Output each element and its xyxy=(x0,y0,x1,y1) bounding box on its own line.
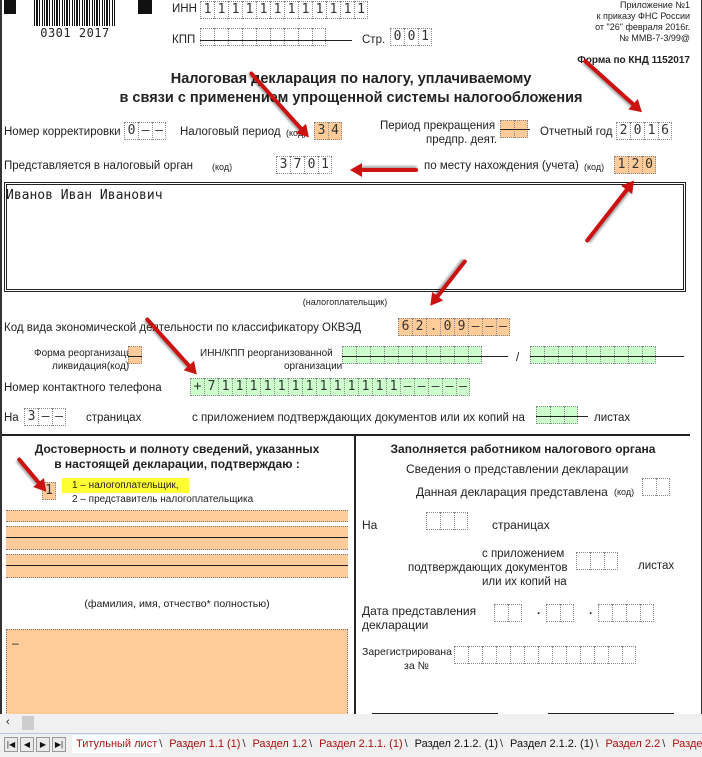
digit-cell[interactable]: – xyxy=(428,378,442,396)
digit-cell[interactable]: . xyxy=(426,318,440,336)
fio-separator-1 xyxy=(6,537,348,538)
digit-cell[interactable] xyxy=(426,346,440,364)
digit-cell[interactable]: 1 xyxy=(614,156,628,174)
last-sheet-icon[interactable]: ▶| xyxy=(52,737,66,752)
digit-cell[interactable] xyxy=(586,346,600,364)
digit-cell[interactable] xyxy=(454,512,468,530)
digit-cell[interactable] xyxy=(494,604,508,622)
inn-label: ИНН xyxy=(172,3,197,15)
reorg-form-field[interactable] xyxy=(128,346,142,364)
digit-cell[interactable] xyxy=(544,346,558,364)
digit-cell[interactable] xyxy=(642,478,656,496)
digit-cell[interactable]: 1 xyxy=(288,378,302,396)
correction-number-field[interactable]: 0–– xyxy=(124,122,166,140)
barcode-number: 0301 2017 xyxy=(34,26,116,40)
digit-cell[interactable]: + xyxy=(190,378,204,396)
appendix-line-1: Приложение №1 xyxy=(490,0,690,11)
declaration-title-line2: в связи с применением упрощенной системы… xyxy=(0,89,702,107)
sheet-tab[interactable]: Раздел 2.1.1. (1) xyxy=(315,735,406,753)
digit-cell[interactable]: 1 xyxy=(312,1,326,19)
corner-mark-right xyxy=(138,0,152,14)
page-number-field[interactable]: 001 xyxy=(390,28,432,46)
sheet-tab[interactable]: Титульный лист xyxy=(72,735,161,753)
reorg-inn-field[interactable] xyxy=(342,346,482,364)
digit-cell[interactable] xyxy=(214,28,228,46)
digit-cell[interactable] xyxy=(612,604,626,622)
appendix-line-3: от "26" февраля 2016г. xyxy=(490,22,690,33)
digit-cell[interactable] xyxy=(200,28,214,46)
digit-cell[interactable] xyxy=(608,646,622,664)
sheet-tab[interactable]: Раздел 3 xyxy=(668,735,702,753)
tab-separator: \ xyxy=(309,735,312,753)
digit-cell[interactable]: 6 xyxy=(398,318,412,336)
digit-cell[interactable] xyxy=(412,346,426,364)
digit-cell[interactable] xyxy=(270,28,284,46)
annotation-arrow-tax-authority xyxy=(358,168,418,172)
digit-cell[interactable] xyxy=(228,28,242,46)
digit-cell[interactable] xyxy=(628,346,642,364)
confirm-heading-1: Достоверность и полноту сведений, указан… xyxy=(0,442,354,456)
digit-cell[interactable]: – xyxy=(468,318,482,336)
digit-cell[interactable] xyxy=(256,28,270,46)
sheet-tab[interactable]: Раздел 1.2 xyxy=(248,735,311,753)
fio-line-2[interactable] xyxy=(6,526,348,550)
barcode xyxy=(34,0,116,26)
signer-option-2: 2 – представитель налогоплательщика xyxy=(72,494,253,505)
digit-cell[interactable]: 1 xyxy=(358,378,372,396)
digit-cell[interactable] xyxy=(384,346,398,364)
office-attach-2: подтверждающих документов xyxy=(408,562,568,574)
reg-label-1: Зарегистрирована xyxy=(362,646,452,658)
sheet-tab[interactable]: Раздел 2.1.2. (1) xyxy=(506,735,597,753)
digit-cell[interactable] xyxy=(426,512,440,530)
digit-cell[interactable] xyxy=(398,346,412,364)
reorg-inn-label-2: организации xyxy=(284,361,342,372)
location-code-label: (код) xyxy=(584,162,604,172)
digit-cell[interactable] xyxy=(550,406,564,424)
digit-cell[interactable]: 0 xyxy=(404,28,418,46)
fio-caption: (фамилия, имя, отчество* полностью) xyxy=(0,598,354,610)
section-divider xyxy=(2,434,690,436)
confirm-heading-2: в настоящей декларации, подтверждаю : xyxy=(0,457,354,471)
office-attach-1: с приложением xyxy=(482,548,564,560)
digit-cell[interactable] xyxy=(530,346,544,364)
digit-cell[interactable] xyxy=(312,28,326,46)
scroll-left-icon[interactable]: ‹ xyxy=(6,716,10,728)
correction-label: Номер корректировки xyxy=(4,126,121,138)
digit-cell[interactable]: 2 xyxy=(412,318,426,336)
office-attach-suffix: листах xyxy=(638,560,674,572)
digit-cell[interactable]: 1 xyxy=(372,378,386,396)
digit-cell[interactable] xyxy=(560,604,574,622)
digit-cell[interactable]: – xyxy=(414,378,428,396)
digit-cell[interactable]: 0 xyxy=(124,122,138,140)
digit-cell[interactable] xyxy=(128,346,142,364)
digit-cell[interactable] xyxy=(298,28,312,46)
inn-field[interactable]: 111111111111 xyxy=(200,1,368,19)
tax-authority-label: Представляется в налоговый орган xyxy=(4,160,193,172)
tab-separator: \ xyxy=(595,735,598,753)
date-day-field[interactable] xyxy=(494,604,522,622)
digit-cell[interactable] xyxy=(454,346,468,364)
okved-label: Код вида экономической деятельности по к… xyxy=(4,322,361,334)
reorg-kpp-field[interactable] xyxy=(530,346,656,364)
reorg-slash: / xyxy=(516,352,519,364)
tax-period-field[interactable]: 34 xyxy=(314,122,342,140)
page-label: Стр. xyxy=(362,34,385,46)
digit-cell[interactable] xyxy=(614,346,628,364)
digit-cell[interactable] xyxy=(524,646,538,664)
digit-cell[interactable]: 0 xyxy=(304,156,318,174)
digit-cell[interactable] xyxy=(440,346,454,364)
attach-label: с приложением подтверждающих документов … xyxy=(192,412,525,424)
submitted-label: Данная декларация представлена xyxy=(416,485,608,499)
report-year-field[interactable]: 2016 xyxy=(616,122,672,140)
digit-cell[interactable]: 1 xyxy=(284,1,298,19)
office-pages-field[interactable] xyxy=(426,512,468,530)
digit-cell[interactable]: 1 xyxy=(214,1,228,19)
digit-cell[interactable]: 2 xyxy=(628,156,642,174)
digit-cell[interactable] xyxy=(598,604,612,622)
date-year-field[interactable] xyxy=(598,604,654,622)
digit-cell[interactable]: 1 xyxy=(200,1,214,19)
reorg-form-line xyxy=(128,356,142,357)
tax-authority-field[interactable]: 3701 xyxy=(276,156,332,174)
date-label-2: декларации xyxy=(362,618,428,632)
reorg-inn-label-1: ИНН/КПП реорганизованной xyxy=(200,348,333,359)
digit-cell[interactable]: 0 xyxy=(630,122,644,140)
office-pages-suffix: страницах xyxy=(492,518,550,532)
corner-mark-left xyxy=(4,0,16,14)
digit-cell[interactable]: 3 xyxy=(314,122,328,140)
kpp-line xyxy=(200,40,352,41)
digit-cell[interactable] xyxy=(590,552,604,570)
prev-sheet-icon[interactable]: ◀ xyxy=(20,737,34,752)
attach-sheets-field[interactable] xyxy=(536,406,578,424)
tax-office-heading: Заполняется работником налогового органа xyxy=(356,442,690,456)
office-pages-prefix: На xyxy=(362,518,377,532)
phone-field[interactable]: +71111111111111––––– xyxy=(190,378,470,396)
office-attach-3: или их копий на xyxy=(482,576,567,588)
digit-cell[interactable] xyxy=(600,346,614,364)
tab-separator: \ xyxy=(242,735,245,753)
digit-cell[interactable]: – xyxy=(456,378,470,396)
digit-cell[interactable]: 1 xyxy=(354,1,368,19)
submitted-code-field[interactable] xyxy=(642,478,670,496)
sheet-tab[interactable]: Раздел 2.1.2. (1) xyxy=(411,735,502,753)
termination-label-2: предпр. деят. xyxy=(426,134,497,146)
digit-cell[interactable]: 1 xyxy=(270,1,284,19)
digit-cell[interactable]: – xyxy=(400,378,414,396)
digit-cell[interactable]: 2 xyxy=(616,122,630,140)
digit-cell[interactable] xyxy=(370,346,384,364)
appendix-line-2: к приказу ФНС России xyxy=(490,11,690,22)
organization-name-field[interactable] xyxy=(6,629,348,715)
column-divider xyxy=(354,435,356,714)
signer-option-1: 1 – налогоплательщик, xyxy=(62,478,189,493)
date-month-field[interactable] xyxy=(546,604,574,622)
digit-cell[interactable] xyxy=(566,646,580,664)
organization-name-value: – xyxy=(12,636,19,650)
digit-cell[interactable] xyxy=(496,646,510,664)
digit-cell[interactable]: 1 xyxy=(260,378,274,396)
reg-label-2: за № xyxy=(404,660,429,672)
digit-cell[interactable]: 1 xyxy=(298,1,312,19)
digit-cell[interactable]: 1 xyxy=(274,378,288,396)
digit-cell[interactable]: 4 xyxy=(328,122,342,140)
digit-cell[interactable]: – xyxy=(138,122,152,140)
digit-cell[interactable] xyxy=(508,604,522,622)
tab-separator: \ xyxy=(662,735,665,753)
digit-cell[interactable]: 1 xyxy=(302,378,316,396)
digit-cell[interactable] xyxy=(564,406,578,424)
digit-cell[interactable]: 1 xyxy=(344,378,358,396)
digit-cell[interactable]: – xyxy=(38,408,52,426)
report-year-label: Отчетный год xyxy=(540,126,613,138)
digit-cell[interactable]: 1 xyxy=(232,378,246,396)
reorg-label-1: Форма реорганизации, xyxy=(34,348,140,359)
tax-authority-code-label: (код) xyxy=(212,162,232,172)
digit-cell[interactable]: 3 xyxy=(24,408,38,426)
kpp-field[interactable] xyxy=(200,28,326,46)
office-attach-field[interactable] xyxy=(576,552,618,570)
digit-cell[interactable] xyxy=(626,604,640,622)
digit-cell[interactable]: – xyxy=(496,318,510,336)
reorg-label-2: ликвидация(код) xyxy=(52,361,129,372)
first-sheet-icon[interactable]: |◀ xyxy=(4,737,18,752)
digit-cell[interactable] xyxy=(242,28,256,46)
submitted-code-label: (код) xyxy=(614,487,634,497)
sheet-tab[interactable]: Раздел 1.1 (1) xyxy=(165,735,244,753)
digit-cell[interactable] xyxy=(572,346,586,364)
digit-cell[interactable]: 1 xyxy=(340,1,354,19)
attach-suffix: листах xyxy=(594,412,630,424)
digit-cell[interactable]: 1 xyxy=(418,28,432,46)
fio-line-1[interactable] xyxy=(6,510,348,522)
appendix-line-4: № ММВ-7-3/99@ xyxy=(490,33,690,44)
digit-cell[interactable] xyxy=(510,646,524,664)
digit-cell[interactable] xyxy=(538,646,552,664)
fio-line-3[interactable] xyxy=(6,554,348,578)
reorg-kpp-line xyxy=(530,356,684,357)
tab-separator: \ xyxy=(159,735,162,753)
digit-cell[interactable] xyxy=(482,646,496,664)
reorg-inn-line xyxy=(342,356,508,357)
digit-cell[interactable]: 0 xyxy=(440,318,454,336)
digit-cell[interactable]: 1 xyxy=(330,378,344,396)
sheet-tab[interactable]: Раздел 2.2 xyxy=(601,735,664,753)
digit-cell[interactable]: 1 xyxy=(386,378,400,396)
tab-separator: \ xyxy=(405,735,408,753)
digit-cell[interactable]: 0 xyxy=(642,156,656,174)
digit-cell[interactable]: 6 xyxy=(658,122,672,140)
kpp-label: КПП xyxy=(172,34,195,46)
digit-cell[interactable]: 1 xyxy=(644,122,658,140)
digit-cell[interactable] xyxy=(552,646,566,664)
tab-separator: \ xyxy=(500,735,503,753)
digit-cell[interactable] xyxy=(356,346,370,364)
digit-cell[interactable]: 1 xyxy=(326,1,340,19)
scroll-thumb[interactable] xyxy=(22,716,34,730)
digit-cell[interactable] xyxy=(580,646,594,664)
fio-separator-2 xyxy=(6,565,348,566)
digit-cell[interactable]: 0 xyxy=(390,28,404,46)
digit-cell[interactable]: 3 xyxy=(276,156,290,174)
date-dot-2: · xyxy=(589,608,593,620)
digit-cell[interactable] xyxy=(640,604,654,622)
form-code: Форма по КНД 1152017 xyxy=(577,55,690,66)
digit-cell[interactable]: – xyxy=(52,408,66,426)
pages-prefix: На xyxy=(4,412,19,424)
digit-cell[interactable] xyxy=(284,28,298,46)
digit-cell[interactable] xyxy=(604,552,618,570)
horizontal-scrollbar[interactable]: ‹ xyxy=(0,714,702,733)
date-label-1: Дата представления xyxy=(362,604,476,618)
digit-cell[interactable]: – xyxy=(482,318,496,336)
location-field[interactable]: 120 xyxy=(614,156,656,174)
attach-sheets-line xyxy=(536,416,588,417)
tax-office-subheading: Сведения о представлении декларации xyxy=(406,462,628,476)
digit-cell[interactable]: 1 xyxy=(228,1,242,19)
digit-cell[interactable]: 1 xyxy=(316,378,330,396)
date-dot-1: · xyxy=(537,608,541,620)
pages-field[interactable]: 3–– xyxy=(24,408,66,426)
location-label: по месту нахождения (учета) xyxy=(424,160,579,172)
digit-cell[interactable]: – xyxy=(152,122,166,140)
tax-period-label: Налоговый период xyxy=(180,126,281,138)
digit-cell[interactable] xyxy=(656,478,670,496)
digit-cell[interactable] xyxy=(558,346,572,364)
digit-cell[interactable] xyxy=(468,346,482,364)
digit-cell[interactable] xyxy=(642,346,656,364)
next-sheet-icon[interactable]: ▶ xyxy=(36,737,50,752)
taxpayer-caption: (налогоплательщик) xyxy=(0,297,690,307)
phone-label: Номер контактного телефона xyxy=(4,382,162,394)
digit-cell[interactable] xyxy=(342,346,356,364)
digit-cell[interactable]: 1 xyxy=(242,1,256,19)
registration-number-field[interactable] xyxy=(454,646,636,664)
okved-field[interactable]: 62.09––– xyxy=(398,318,510,336)
digit-cell[interactable]: 1 xyxy=(246,378,260,396)
appendix-info: Приложение №1 к приказу ФНС России от "2… xyxy=(490,0,690,44)
digit-cell[interactable] xyxy=(454,646,468,664)
taxpayer-name[interactable]: Иванов Иван Иванович xyxy=(6,188,163,203)
termination-label-1: Период прекращения xyxy=(380,120,495,132)
digit-cell[interactable]: 9 xyxy=(454,318,468,336)
digit-cell[interactable]: 7 xyxy=(204,378,218,396)
digit-cell[interactable] xyxy=(576,552,590,570)
digit-cell[interactable] xyxy=(546,604,560,622)
digit-cell[interactable] xyxy=(536,406,550,424)
digit-cell[interactable]: 1 xyxy=(218,378,232,396)
digit-cell[interactable] xyxy=(622,646,636,664)
digit-cell[interactable] xyxy=(594,646,608,664)
digit-cell[interactable]: 1 xyxy=(318,156,332,174)
pages-suffix: страницах xyxy=(86,412,141,424)
digit-cell[interactable]: 1 xyxy=(256,1,270,19)
termination-line xyxy=(500,129,530,130)
digit-cell[interactable] xyxy=(468,646,482,664)
digit-cell[interactable]: 7 xyxy=(290,156,304,174)
digit-cell[interactable]: – xyxy=(442,378,456,396)
digit-cell[interactable] xyxy=(440,512,454,530)
